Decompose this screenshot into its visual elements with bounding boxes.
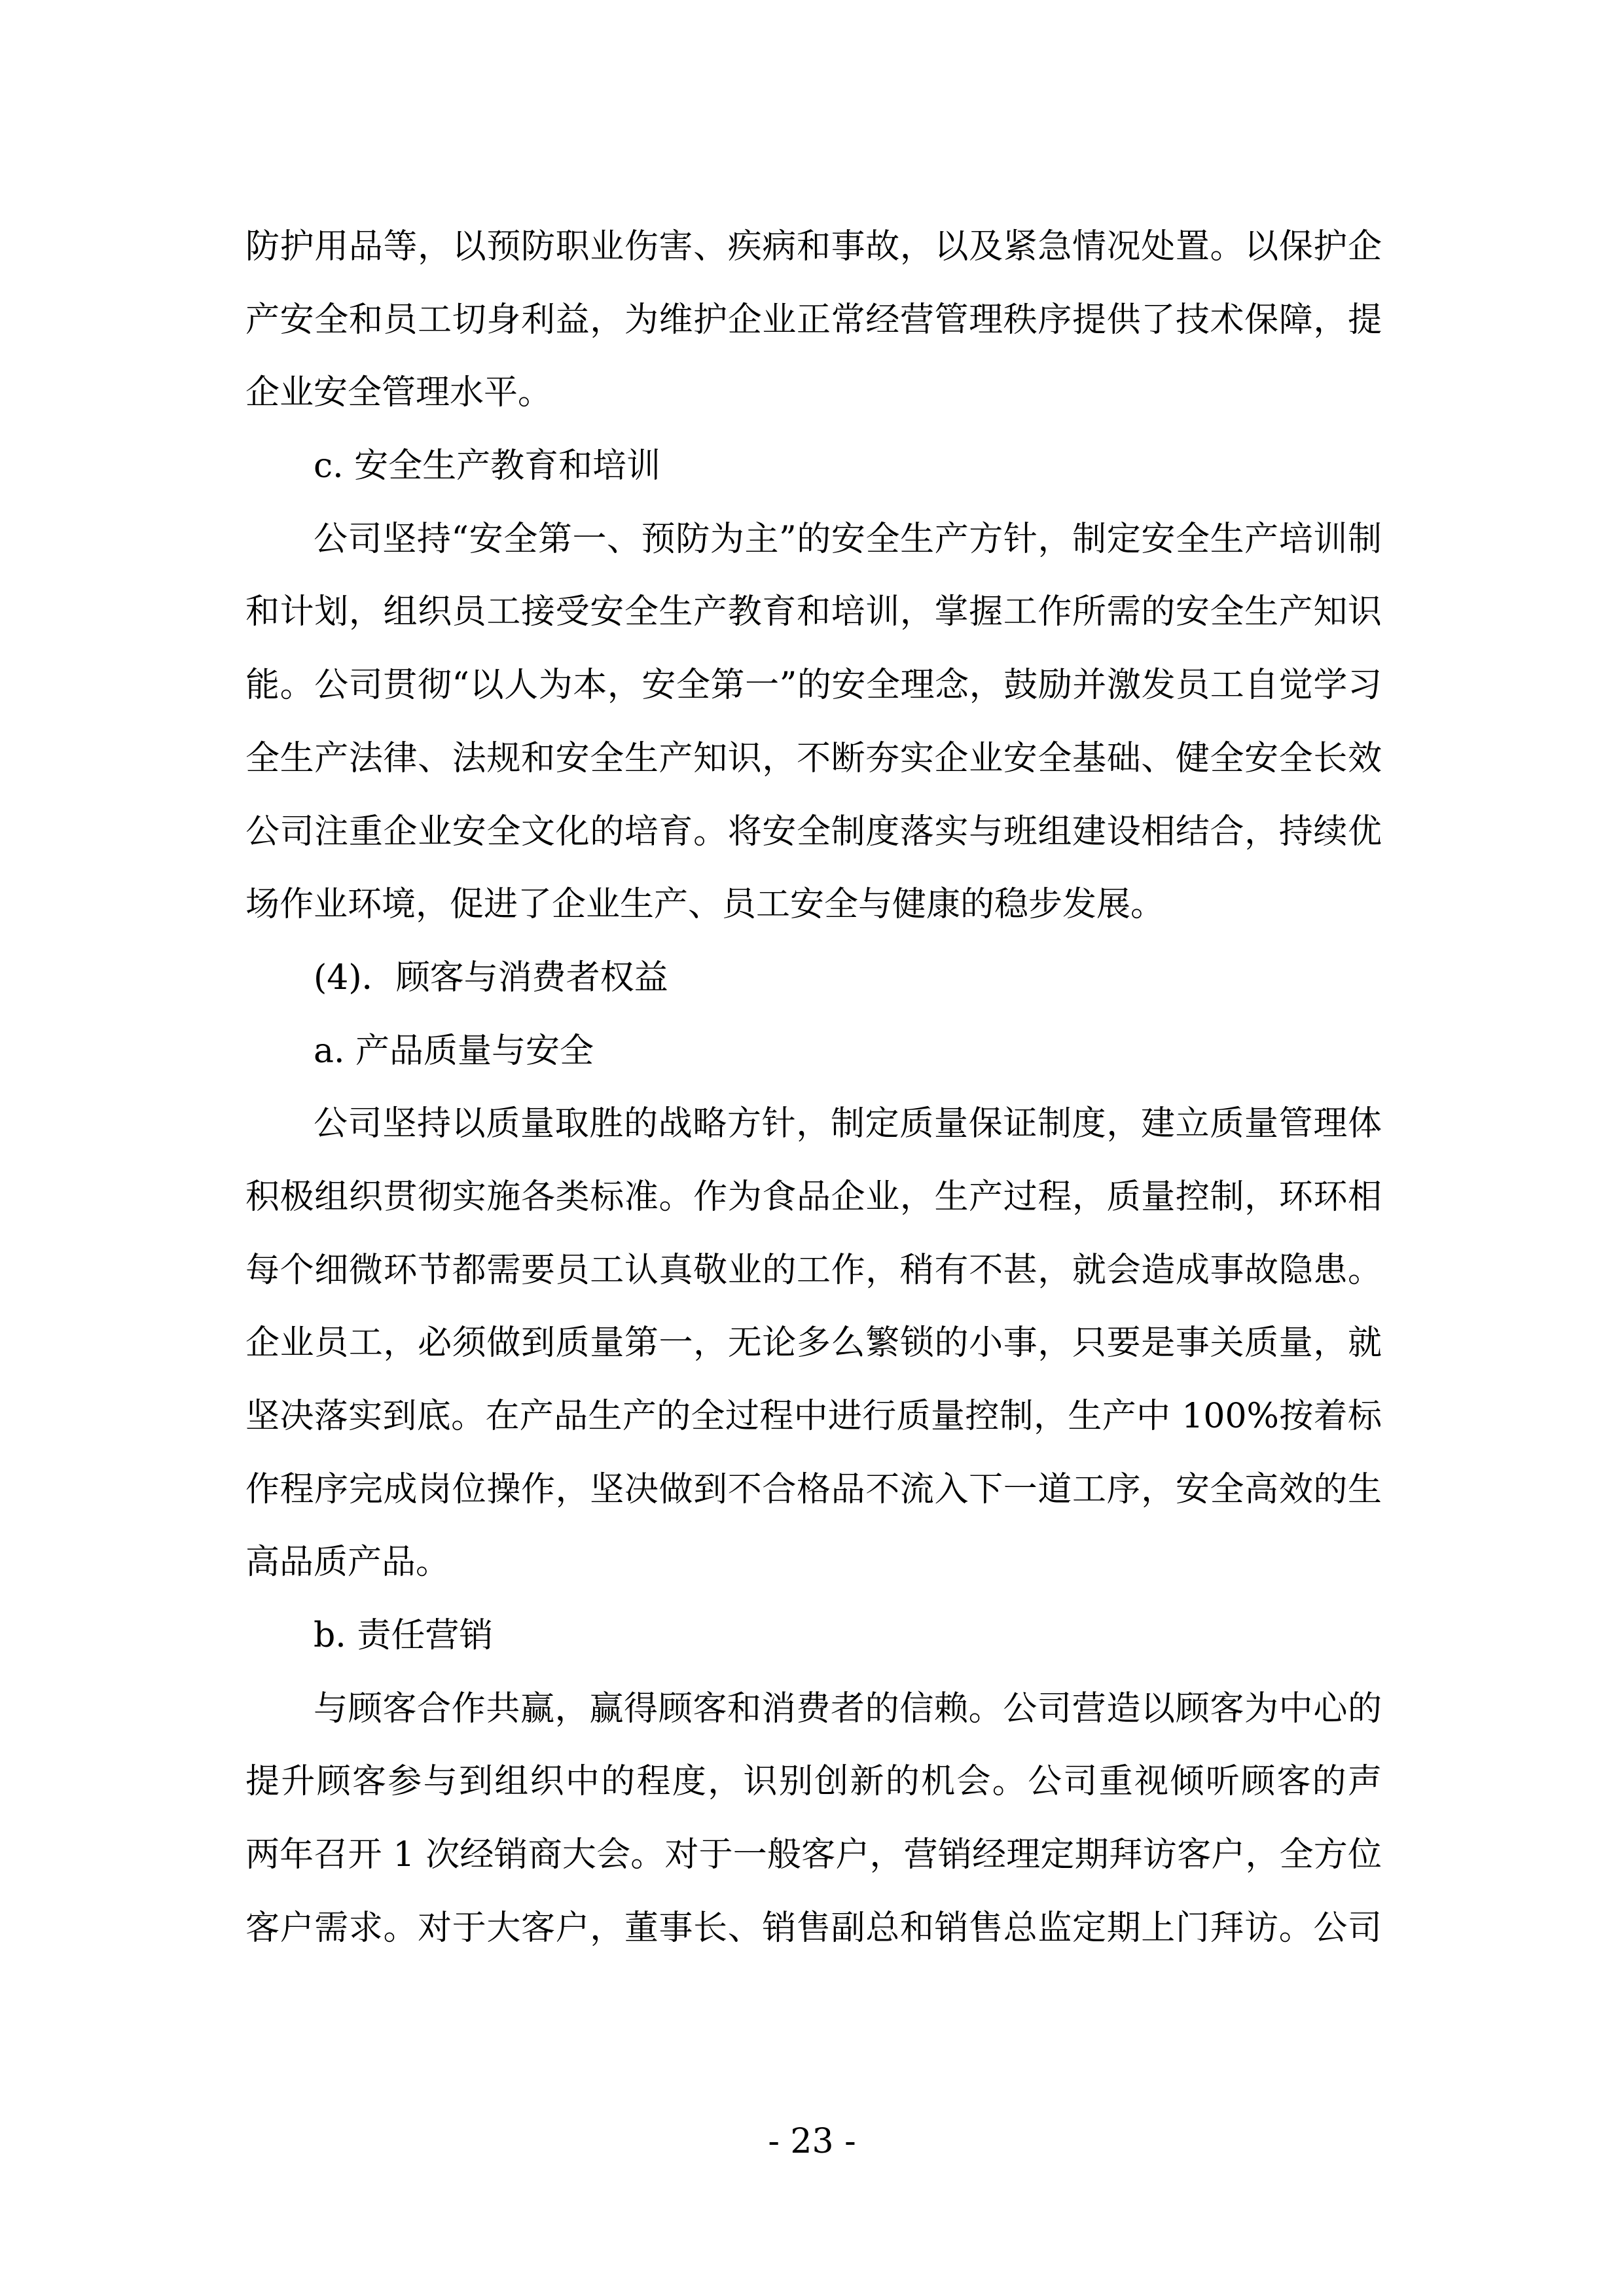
- section-heading-c: c. 安全生产教育和培训: [245, 430, 1382, 503]
- document-page: 防护用品等，以预防职业伤害、疾病和事故，以及紧急情况处置。以保护企业财 产安全和…: [0, 0, 1624, 2296]
- body-line: 作程序完成岗位操作，坚决做到不合格品不流入下一道工序，安全高效的生产出: [245, 1454, 1382, 1527]
- document-body: 防护用品等，以预防职业伤害、疾病和事故，以及紧急情况处置。以保护企业财 产安全和…: [245, 211, 1382, 1965]
- body-line: 公司坚持以质量取胜的战略方针，制定质量保证制度，建立质量管理体系，: [245, 1088, 1382, 1161]
- body-line: 企业安全管理水平。: [245, 357, 1382, 430]
- section-heading-b: b. 责任营销: [245, 1600, 1382, 1673]
- body-line: 每个细微环节都需要员工认真敬业的工作，稍有不甚，就会造成事故隐患。作为: [245, 1234, 1382, 1308]
- body-line: 客户需求。对于大客户，董事长、销售副总和销售总监定期上门拜访。公司致力: [245, 1892, 1382, 1965]
- body-line: 能。公司贯彻“以人为本，安全第一”的安全理念，鼓励并激发员工自觉学习安: [245, 649, 1382, 723]
- page-number: - 23 -: [0, 2122, 1624, 2161]
- body-line: 全生产法律、法规和安全生产知识，不断夯实企业安全基础、健全安全长效机制。: [245, 723, 1382, 796]
- section-heading-a: a. 产品质量与安全: [245, 1015, 1382, 1088]
- body-line: 产安全和员工切身利益，为维护企业正常经营管理秩序提供了技术保障，提升了: [245, 284, 1382, 357]
- body-line: 企业员工，必须做到质量第一，无论多么繁锁的小事，只要是事关质量，就必须: [245, 1307, 1382, 1380]
- body-line: 坚决落实到底。在产品生产的全过程中进行质量控制，生产中 100%按着标准操: [245, 1380, 1382, 1454]
- body-line: 公司注重企业安全文化的培育。将安全制度落实与班组建设相结合，持续优化现: [245, 796, 1382, 869]
- body-line: 防护用品等，以预防职业伤害、疾病和事故，以及紧急情况处置。以保护企业财: [245, 211, 1382, 284]
- body-line: 与顾客合作共赢，赢得顾客和消费者的信赖。公司营造以顾客为中心的文化。: [245, 1673, 1382, 1746]
- body-line: 和计划，组织员工接受安全生产教育和培训，掌握工作所需的安全生产知识和技: [245, 576, 1382, 649]
- body-line: 积极组织贯彻实施各类标准。作为食品企业，生产过程，质量控制，环环相扣，: [245, 1161, 1382, 1234]
- body-line: 场作业环境，促进了企业生产、员工安全与健康的稳步发展。: [245, 869, 1382, 942]
- body-line: 公司坚持“安全第一、预防为主”的安全生产方针，制定安全生产培训制度: [245, 503, 1382, 577]
- body-line: 提升顾客参与到组织中的程度，识别创新的机会。公司重视倾听顾客的声音。每: [245, 1746, 1382, 1819]
- body-line: 高品质产品。: [245, 1526, 1382, 1600]
- body-line: 两年召开 1 次经销商大会。对于一般客户，营销经理定期拜访客户，全方位听取: [245, 1819, 1382, 1892]
- section-heading-4: (4)．顾客与消费者权益: [245, 942, 1382, 1015]
